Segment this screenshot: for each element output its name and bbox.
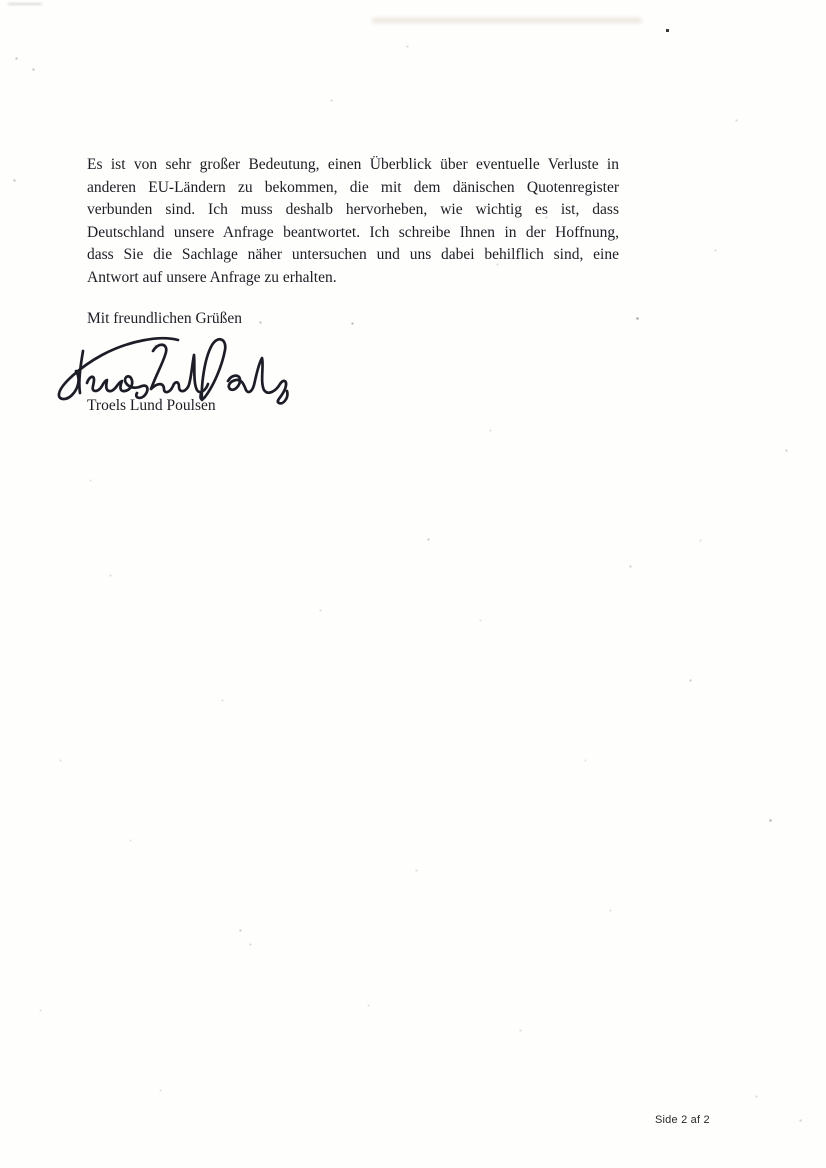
- body-line: anderen EU-Ländern zu bekommen, die mit …: [87, 177, 619, 200]
- scan-noise-speckles: [0, 0, 1, 1]
- closing-salutation: Mit freundlichen Grüßen: [87, 310, 242, 328]
- handwritten-signature-ink: [56, 336, 291, 410]
- body-line: Es ist von sehr großer Bedeutung, einen …: [87, 154, 619, 177]
- body-line: Antwort auf unsere Anfrage zu erhalten.: [87, 267, 619, 290]
- body-line: verbunden sind. Ich muss deshalb hervorh…: [87, 199, 619, 222]
- body-line: dass Sie die Sachlage näher untersuchen …: [87, 244, 619, 267]
- page-number-footer: Side 2 af 2: [655, 1114, 710, 1126]
- letter-body-paragraph: Es ist von sehr großer Bedeutung, einen …: [87, 154, 619, 289]
- scan-smudge: [372, 18, 642, 23]
- scanned-letter-page: Es ist von sehr großer Bedeutung, einen …: [0, 0, 826, 1168]
- body-line: Deutschland unsere Anfrage beantwortet. …: [87, 222, 619, 245]
- scan-smudge: [8, 3, 42, 5]
